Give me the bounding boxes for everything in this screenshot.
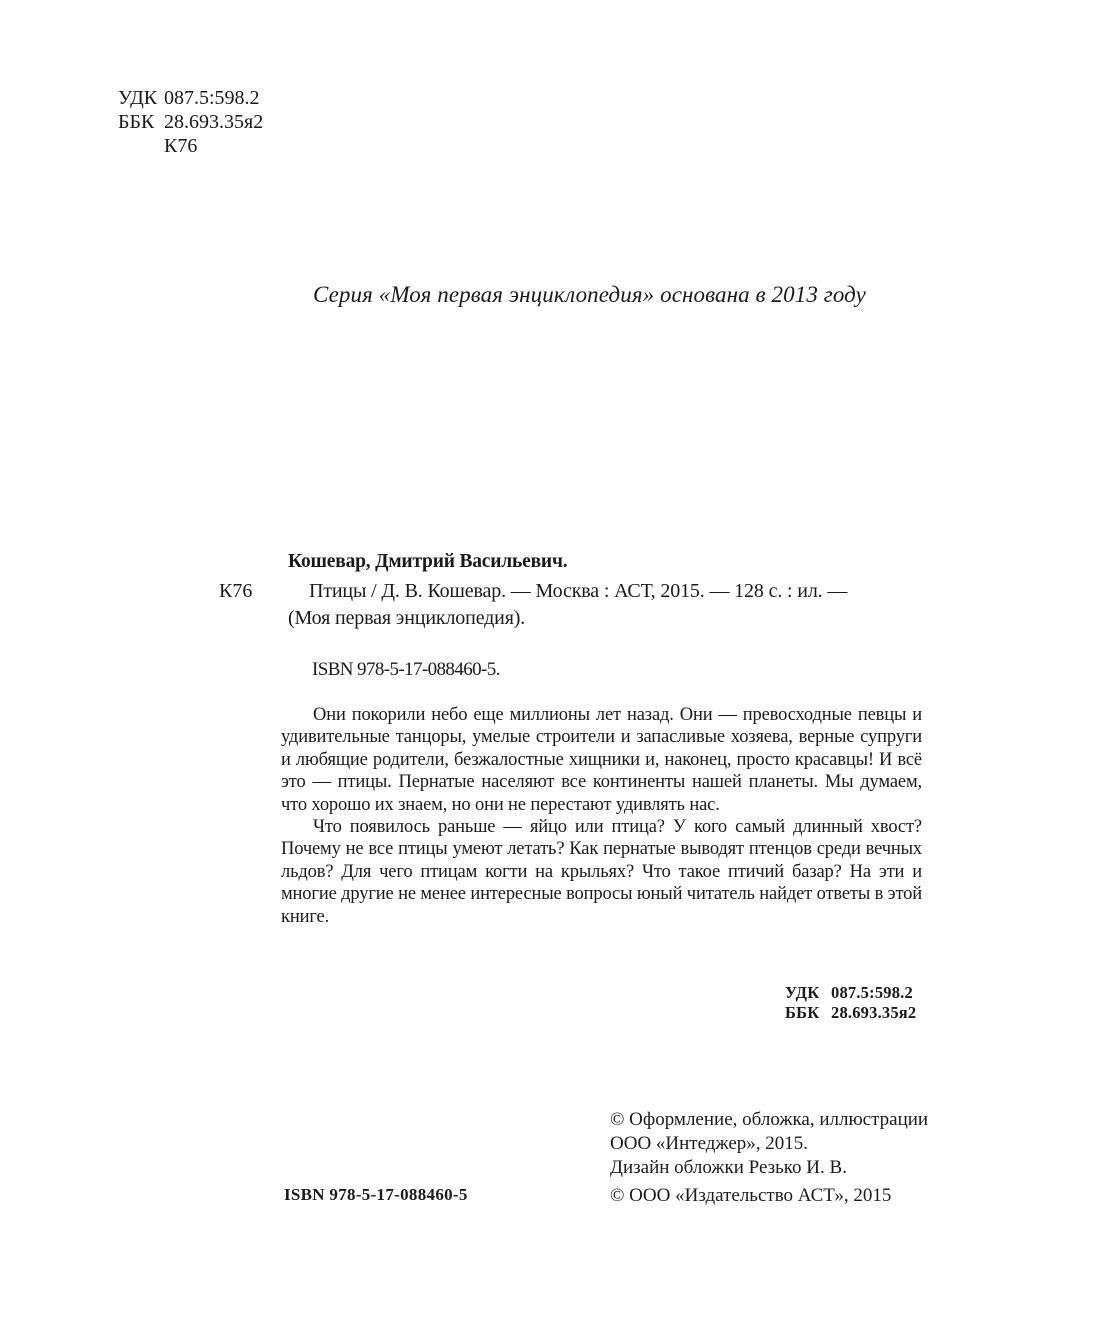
cover-designer: Дизайн обложки Резько И. В. [610,1156,928,1180]
classification-top: УДК 087.5:598.2 ББК 28.693.35я2 К76 [118,86,263,158]
copyright-design-company: ООО «Интеджер», 2015. [610,1132,928,1156]
record-author: Кошевар, Дмитрий Васильевич. [288,551,567,573]
record-isbn: ISBN 978-5-17-088460-5. [312,659,500,681]
record-title-line: Птицы / Д. В. Кошевар. — Москва : АСТ, 2… [309,580,847,603]
udk-value-bottom: 087.5:598.2 [831,983,913,1003]
isbn-bottom: ISBN 978-5-17-088460-5 [284,1185,468,1205]
annotation-paragraph: Они покорили небо еще миллионы лет назад… [281,704,922,816]
udk-label: УДК [118,86,164,110]
record-series-line: (Моя первая энциклопедия). [288,607,525,630]
annotation: Они покорили небо еще миллионы лет назад… [281,704,922,928]
classification-bottom: УДК 087.5:598.2 ББК 28.693.35я2 [785,983,916,1023]
bbk-value: 28.693.35я2 [164,110,263,134]
copyright-publisher: © ООО «Издательство АСТ», 2015 [610,1184,928,1208]
bbk-value-bottom: 28.693.35я2 [831,1003,916,1023]
author-mark: К76 [118,134,263,158]
udk-label-bottom: УДК [785,983,831,1003]
udk-value: 087.5:598.2 [164,86,260,110]
bbk-row-bottom: ББК 28.693.35я2 [785,1003,916,1023]
udk-row: УДК 087.5:598.2 [118,86,263,110]
udk-row-bottom: УДК 087.5:598.2 [785,983,916,1003]
bbk-row: ББК 28.693.35я2 [118,110,263,134]
copyright-design-line: © Оформление, обложка, иллюстрации [610,1108,928,1132]
bbk-label-bottom: ББК [785,1003,831,1023]
series-note: Серия «Моя первая энциклопедия» основана… [313,282,866,308]
record-author-mark: К76 [219,580,252,603]
annotation-paragraph: Что появилось раньше — яйцо или птица? У… [281,816,922,928]
copyright-block: © Оформление, обложка, иллюстрации ООО «… [610,1108,928,1208]
bbk-label: ББК [118,110,164,134]
